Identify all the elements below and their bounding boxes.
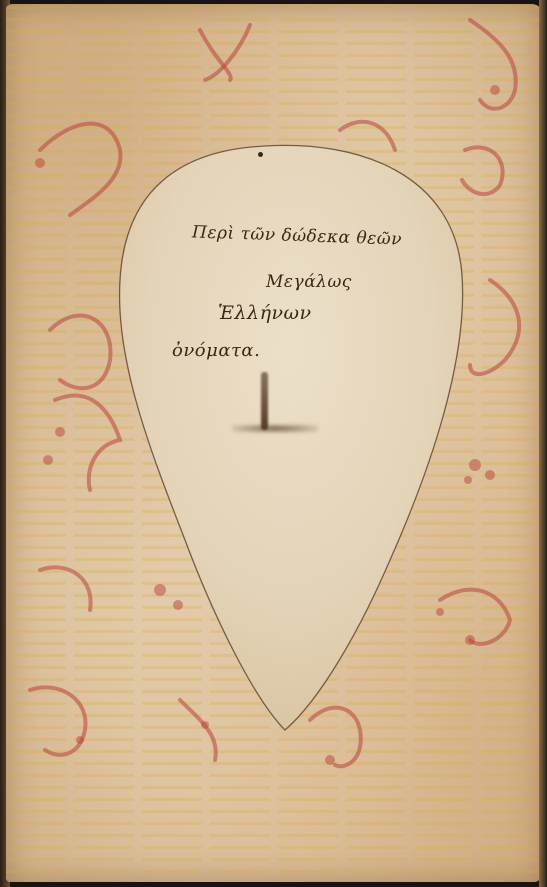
label-title-line-4: ὀνόματα. <box>172 340 260 361</box>
cross-mark-horizontal <box>232 424 318 433</box>
ink-speck <box>258 152 263 157</box>
cross-mark-vertical <box>261 372 268 430</box>
book-cover-photo: Περὶ τῶν δώδεκα θεῶν Μεγάλως Ἑλλήνων ὀνό… <box>0 0 547 887</box>
teardrop-paper-label <box>0 0 547 887</box>
label-title-line-2: Μεγάλως <box>266 272 352 292</box>
label-title-line-3: Ἑλλήνων <box>218 302 312 324</box>
